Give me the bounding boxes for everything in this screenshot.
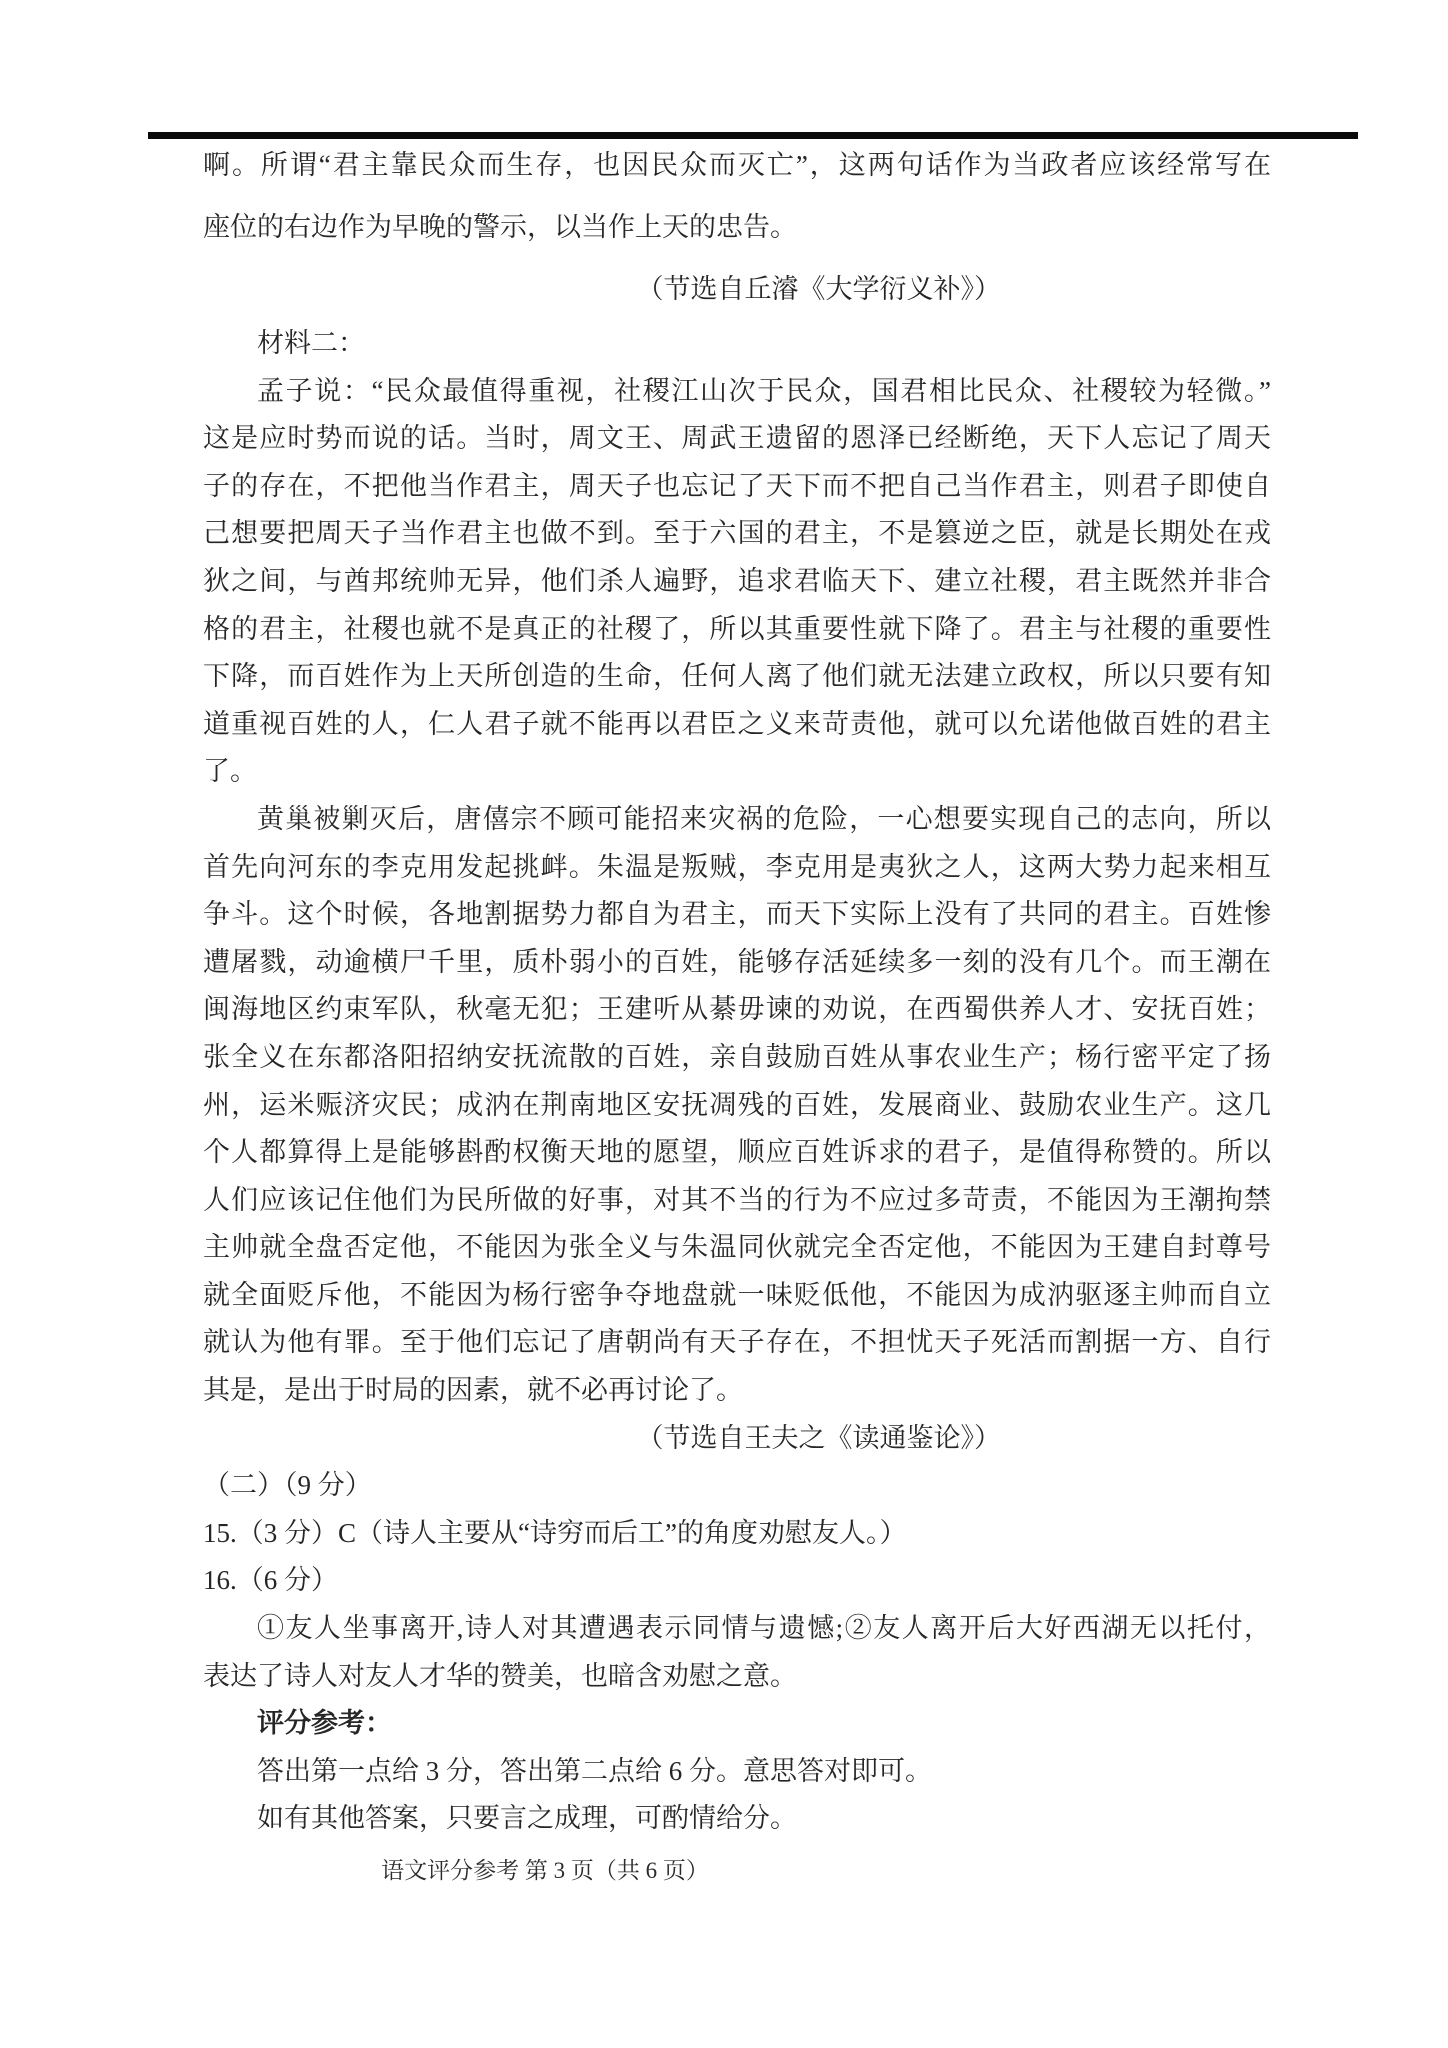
- answer-16-label: 16.（6 分）: [203, 1557, 1271, 1605]
- material-two-text-line: 张全义在东都洛阳招纳安抚流散的百姓，亲自鼓励百姓从事农业生产；杨行密平定了扬: [203, 1034, 1271, 1082]
- material-two-text-line: 闽海地区约束军队，秋毫无犯；王建听从綦毋谏的劝说，在西蜀供养人才、安抚百姓；: [203, 986, 1271, 1034]
- material-one-text-line: 座位的右边作为早晚的警示，以当作上天的忠告。: [203, 196, 1271, 258]
- material-one-attribution: （节选自丘濬《大学衍义补》）: [203, 258, 1271, 320]
- material-two-text-line: 黄巢被剿灭后，唐僖宗不顾可能招来灾祸的危险，一心想要实现自己的志向，所以: [203, 796, 1271, 844]
- document-page: 啊。所谓“君主靠民众而生存，也因民众而灭亡”，这两句话作为当政者应该经常写在 座…: [0, 0, 1448, 2048]
- material-two-text-line: 人们应该记住他们为民所做的好事，对其不当的行为不应过多苛责，不能因为王潮拘禁: [203, 1177, 1271, 1225]
- material-two-text-line: 个人都算得上是能够斟酌权衡天地的愿望，顺应百姓诉求的君子，是值得称赞的。所以: [203, 1129, 1271, 1177]
- material-two-text-line: 其是，是出于时局的因素，就不必再讨论了。: [203, 1367, 1271, 1415]
- material-two-text-line: 争斗。这个时候，各地割据势力都自为君主，而天下实际上没有了共同的君主。百姓惨: [203, 891, 1271, 939]
- material-two-text-line: 孟子说：“民众最值得重视，社稷江山次于民众，国君相比民众、社稷较为轻微。”: [203, 368, 1271, 416]
- material-two-text-line: 下降，而百姓作为上天所创造的生命，任何人离了他们就无法建立政权，所以只要有知: [203, 653, 1271, 701]
- answer-16-text-line: ①友人坐事离开,诗人对其遭遇表示同情与遗憾;②友人离开后大好西湖无以托付，: [203, 1605, 1271, 1653]
- material-two-text-line: 格的君主，社稷也就不是真正的社稷了，所以其重要性就下降了。君主与社稷的重要性: [203, 606, 1271, 654]
- material-two-text-line: 首先向河东的李克用发起挑衅。朱温是叛贼，李克用是夷狄之人，这两大势力起来相互: [203, 844, 1271, 892]
- material-two-text-line: 主帅就全盘否定他，不能因为张全义与朱温同伙就完全否定他，不能因为王建自封尊号: [203, 1224, 1271, 1272]
- material-one-text-line: 啊。所谓“君主靠民众而生存，也因民众而灭亡”，这两句话作为当政者应该经常写在: [203, 134, 1271, 196]
- scoring-note-title: 评分参考：: [203, 1700, 1271, 1748]
- material-two-text-line: 州，运米赈济灾民；成汭在荆南地区安抚凋残的百姓，发展商业、鼓励农业生产。这几: [203, 1082, 1271, 1130]
- material-two-text-line: 道重视百姓的人，仁人君子就不能再以君臣之义来苛责他，就可以允诺他做百姓的君主: [203, 701, 1271, 749]
- answer-section-label: （二）（9 分）: [203, 1462, 1271, 1510]
- material-two-text-line: 狄之间，与酋邦统帅无异，他们杀人遍野，追求君临天下、建立社稷，君主既然并非合: [203, 558, 1271, 606]
- page-footer: 语文评分参考 第 3 页（共 6 页）: [381, 1852, 709, 1885]
- material-two-text-line: 了。: [203, 748, 1271, 796]
- page-content: 啊。所谓“君主靠民众而生存，也因民众而灭亡”，这两句话作为当政者应该经常写在 座…: [203, 134, 1271, 1843]
- scoring-note-line: 答出第一点给 3 分，答出第二点给 6 分。意思答对即可。: [203, 1748, 1271, 1796]
- scoring-note-line: 如有其他答案，只要言之成理，可酌情给分。: [203, 1795, 1271, 1843]
- material-two-attribution: （节选自王夫之《读通鉴论》）: [203, 1415, 1271, 1463]
- material-two-text-line: 就认为他有罪。至于他们忘记了唐朝尚有天子存在，不担忧天子死活而割据一方、自行: [203, 1319, 1271, 1367]
- answer-16-text-line: 表达了诗人对友人才华的赞美，也暗含劝慰之意。: [203, 1653, 1271, 1701]
- material-two-text-line: 这是应时势而说的话。当时，周文王、周武王遗留的恩泽已经断绝，天下人忘记了周天: [203, 415, 1271, 463]
- material-two-heading: 材料二：: [203, 320, 1271, 368]
- material-two-text-line: 就全面贬斥他，不能因为杨行密争夺地盘就一味贬低他，不能因为成汭驱逐主帅而自立: [203, 1272, 1271, 1320]
- material-two-text-line: 子的存在，不把他当作君主，周天子也忘记了天下而不把自己当作君主，则君子即使自: [203, 463, 1271, 511]
- material-two-text-line: 遭屠戮，动逾横尸千里，质朴弱小的百姓，能够存活延续多一刻的没有几个。而王潮在: [203, 939, 1271, 987]
- material-two-text-line: 己想要把周天子当作君主也做不到。至于六国的君主，不是篡逆之臣，就是长期处在戎: [203, 510, 1271, 558]
- answer-15: 15.（3 分）C（诗人主要从“诗穷而后工”的角度劝慰友人。）: [203, 1510, 1271, 1558]
